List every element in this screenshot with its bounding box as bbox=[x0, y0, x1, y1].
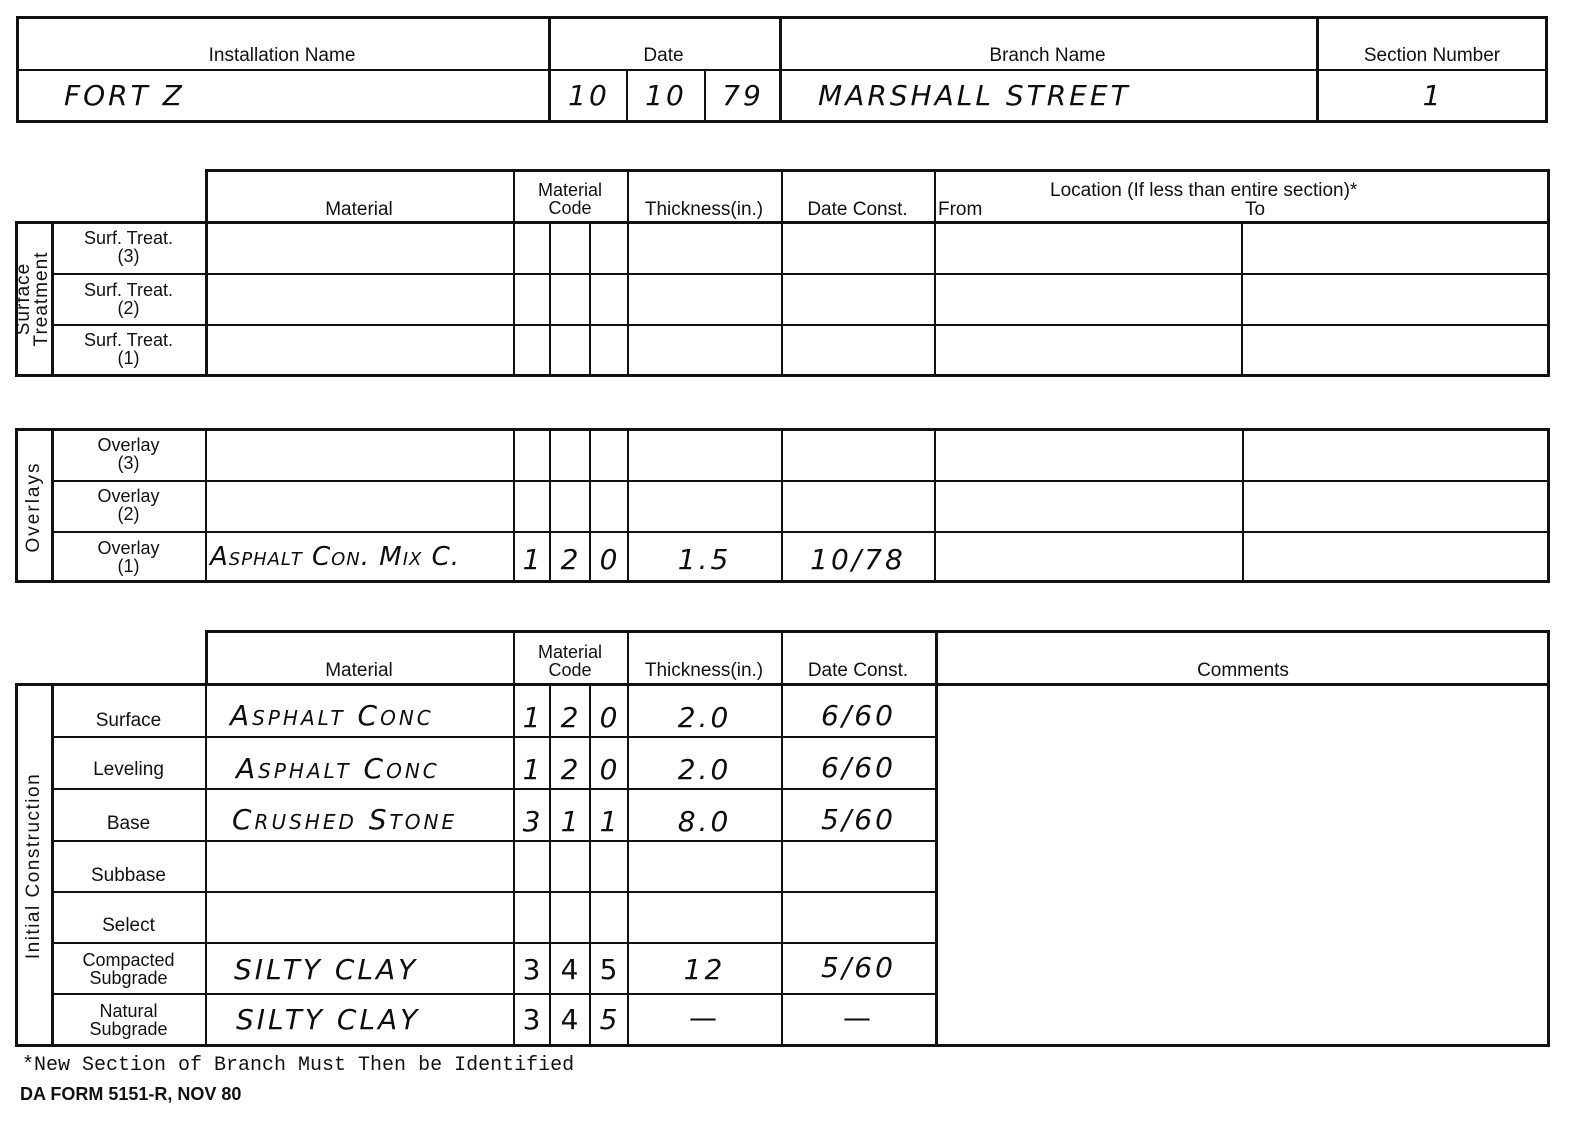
base-code-digit-2[interactable]: 1 bbox=[550, 808, 589, 836]
natural-subgrade-date-const-field[interactable]: — bbox=[782, 1004, 935, 1032]
divider bbox=[51, 993, 936, 995]
row-label-surf-treat-3: Surf. Treat. (3) bbox=[52, 229, 205, 265]
natural-subgrade-thickness-field[interactable]: — bbox=[628, 1004, 781, 1032]
footnote: *New Section of Branch Must Then be Iden… bbox=[22, 1054, 574, 1077]
location-from-header: From bbox=[938, 200, 982, 219]
section-number-label: Section Number bbox=[1316, 46, 1548, 65]
divider bbox=[51, 273, 1550, 275]
row-label-compacted-subgrade: Compacted Subgrade bbox=[52, 951, 205, 987]
row-label-leveling: Leveling bbox=[52, 760, 205, 779]
natural-subgrade-material-field[interactable]: SILTY CLAY bbox=[236, 1006, 420, 1034]
initial-construction-group-label: Initial Construction bbox=[24, 696, 46, 1036]
date-day-field[interactable]: 10 bbox=[628, 82, 704, 110]
comments-field[interactable] bbox=[939, 686, 1547, 1044]
row-label-subbase: Subbase bbox=[52, 866, 205, 885]
leveling-code-digit-2[interactable]: 2 bbox=[550, 756, 589, 784]
leveling-code-digit-1[interactable]: 1 bbox=[514, 756, 549, 784]
location-to-header: To bbox=[1245, 200, 1265, 219]
ic-comments-column-header: Comments bbox=[936, 661, 1550, 680]
divider bbox=[548, 16, 551, 123]
surface-treatment-group-label: Surface Treatment bbox=[15, 222, 53, 376]
row-label-surf-treat-1: Surf. Treat. (1) bbox=[52, 331, 205, 367]
surface-code-digit-3[interactable]: 0 bbox=[590, 704, 627, 732]
material-code-header-line1: Material bbox=[513, 181, 627, 199]
divider bbox=[51, 736, 936, 738]
divider bbox=[1242, 428, 1244, 583]
compacted-subgrade-material-field[interactable]: SILTY CLAY bbox=[234, 956, 418, 984]
surf-treat-2-material-field[interactable] bbox=[208, 276, 512, 323]
ic-material-column-header: Material bbox=[205, 661, 513, 680]
compacted-subgrade-code-digit-2[interactable]: 4 bbox=[550, 956, 589, 984]
divider bbox=[51, 891, 936, 893]
row-label-surf-treat-2: Surf. Treat. (2) bbox=[52, 281, 205, 317]
section-number-field[interactable]: 1 bbox=[1318, 82, 1548, 110]
divider bbox=[51, 942, 936, 944]
installation-name-field[interactable]: FORT Z bbox=[64, 82, 185, 110]
overlay-1-code-digit-3[interactable]: 0 bbox=[590, 546, 627, 574]
divider bbox=[51, 788, 936, 790]
surf-treat-1-material-field[interactable] bbox=[208, 327, 512, 374]
ic-date-const-column-header: Date Const. bbox=[781, 661, 935, 680]
surface-code-digit-1[interactable]: 1 bbox=[514, 704, 549, 732]
location-column-header: Location (If less than entire section)* bbox=[1050, 181, 1357, 200]
branch-name-label: Branch Name bbox=[779, 46, 1316, 65]
date-label: Date bbox=[548, 46, 779, 65]
compacted-subgrade-date-const-field[interactable]: 5/60 bbox=[782, 954, 935, 982]
date-month-field[interactable]: 10 bbox=[552, 82, 626, 110]
divider bbox=[51, 480, 1550, 482]
ic-thickness-column-header: Thickness(in.) bbox=[627, 661, 781, 680]
form-id: DA FORM 5151-R, NOV 80 bbox=[20, 1084, 241, 1105]
divider bbox=[205, 428, 207, 583]
overlays-group-label: Overlays bbox=[24, 430, 44, 584]
overlay-1-date-const-field[interactable]: 10/78 bbox=[782, 546, 934, 574]
row-label-natural-subgrade: Natural Subgrade bbox=[52, 1002, 205, 1038]
select-material-field[interactable] bbox=[208, 894, 512, 941]
surf-treat-3-material-field[interactable] bbox=[208, 224, 512, 272]
branch-name-field[interactable]: MARSHALL STREET bbox=[818, 82, 1131, 110]
material-column-header: Material bbox=[205, 200, 513, 219]
leveling-thickness-field[interactable]: 2.0 bbox=[628, 756, 781, 784]
row-label-surface: Surface bbox=[52, 711, 205, 730]
divider bbox=[51, 531, 1550, 533]
base-code-digit-1[interactable]: 3 bbox=[514, 808, 549, 836]
material-code-header-line2: Code bbox=[513, 199, 627, 217]
base-material-field[interactable]: Crushed Stone bbox=[232, 806, 457, 834]
thickness-column-header: Thickness(in.) bbox=[627, 200, 781, 219]
natural-subgrade-code-digit-1[interactable]: 3 bbox=[514, 1006, 549, 1034]
divider bbox=[513, 630, 515, 1047]
surface-material-field[interactable]: Asphalt Conc bbox=[230, 702, 434, 730]
row-label-select: Select bbox=[52, 916, 205, 935]
ic-material-code-column-header: Material Code bbox=[513, 643, 627, 679]
material-code-column-header: Material Code bbox=[513, 181, 627, 217]
divider bbox=[589, 221, 591, 377]
divider bbox=[934, 169, 936, 377]
overlay-1-material-field[interactable]: Asphalt Con. Mix C. bbox=[210, 544, 460, 570]
natural-subgrade-code-digit-3[interactable]: 5 bbox=[590, 1006, 627, 1034]
base-date-const-field[interactable]: 5/60 bbox=[782, 806, 935, 834]
base-code-digit-3[interactable]: 1 bbox=[590, 808, 627, 836]
surface-date-const-field[interactable]: 6/60 bbox=[782, 702, 935, 730]
surface-thickness-field[interactable]: 2.0 bbox=[628, 704, 781, 732]
divider bbox=[781, 630, 783, 1047]
date-year-field[interactable]: 79 bbox=[706, 82, 780, 110]
leveling-material-field[interactable]: Asphalt Conc bbox=[236, 755, 440, 783]
date-const-column-header: Date Const. bbox=[781, 200, 934, 219]
divider bbox=[1241, 221, 1243, 377]
divider bbox=[51, 840, 936, 842]
row-label-overlay-3: Overlay (3) bbox=[52, 436, 205, 472]
divider bbox=[549, 221, 551, 377]
divider bbox=[934, 428, 936, 583]
leveling-code-digit-3[interactable]: 0 bbox=[590, 756, 627, 784]
leveling-date-const-field[interactable]: 6/60 bbox=[782, 754, 935, 782]
row-label-overlay-1: Overlay (1) bbox=[52, 539, 205, 575]
divider bbox=[51, 324, 1550, 326]
row-label-base: Base bbox=[52, 814, 205, 833]
row-label-overlay-2: Overlay (2) bbox=[52, 487, 205, 523]
compacted-subgrade-code-digit-3[interactable]: 5 bbox=[590, 956, 627, 984]
overlay-1-code-digit-2[interactable]: 2 bbox=[550, 546, 589, 574]
installation-name-label: Installation Name bbox=[16, 46, 548, 65]
divider bbox=[627, 630, 629, 1047]
divider bbox=[935, 630, 938, 1047]
surface-code-digit-2[interactable]: 2 bbox=[550, 704, 589, 732]
overlay-1-thickness-field[interactable]: 1.5 bbox=[628, 546, 781, 574]
compacted-subgrade-thickness-field[interactable]: 12 bbox=[628, 956, 781, 984]
natural-subgrade-code-digit-2[interactable]: 4 bbox=[550, 1006, 589, 1034]
subbase-material-field[interactable] bbox=[208, 843, 512, 890]
base-thickness-field[interactable]: 8.0 bbox=[628, 808, 781, 836]
overlay-1-code-digit-1[interactable]: 1 bbox=[514, 546, 549, 574]
compacted-subgrade-code-digit-1[interactable]: 3 bbox=[514, 956, 549, 984]
